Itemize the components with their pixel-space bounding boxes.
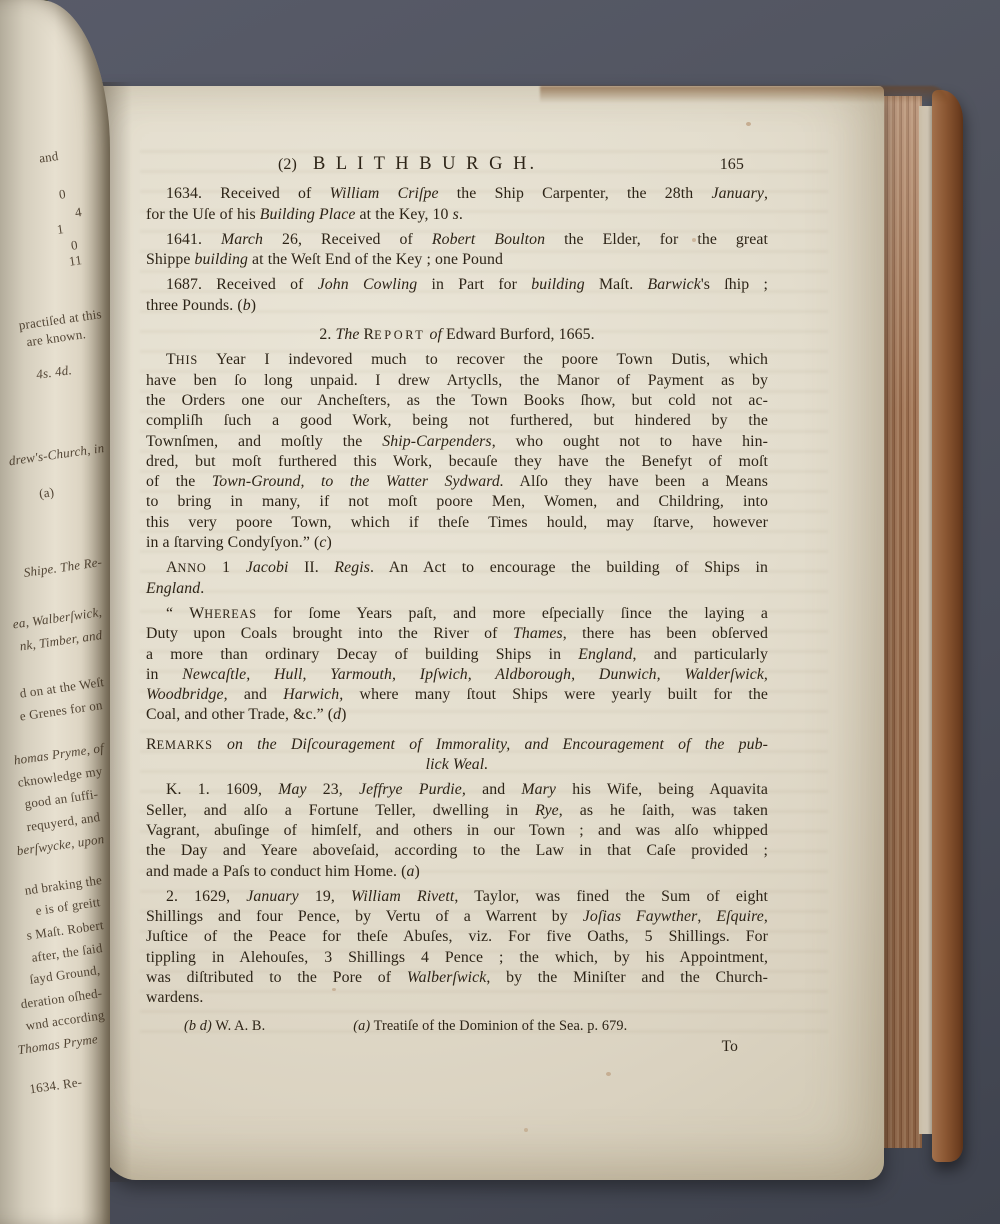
text-line: wardens. bbox=[146, 988, 768, 1008]
text-line: in Newcaſtle, Hull, Yarmouth, Ipſwich, A… bbox=[146, 665, 768, 685]
text-line: in a ſtarving Condyſyon.” (c) bbox=[146, 533, 768, 553]
entry-1641-paragraph: 1641. March 26, Received of Robert Boult… bbox=[146, 230, 768, 271]
left-page-text-fragment: drew's-Church, in bbox=[8, 440, 106, 469]
left-page-text-fragment: Shipe. The Re- bbox=[23, 554, 103, 581]
top-edge-stain bbox=[540, 86, 948, 103]
foxing-spot bbox=[524, 1128, 528, 1132]
text-line: Coal, and other Trade, &c.” (d) bbox=[146, 705, 768, 725]
text-line: 1641. March 26, Received of Robert Boult… bbox=[146, 230, 768, 250]
rivett-1629-paragraph: 2. 1629, January 19, William Rivett, Tay… bbox=[146, 887, 768, 1009]
text-line: have ben ſo long unpaid. I drew Artyclls… bbox=[146, 371, 768, 391]
anno-act-paragraph: ANNO 1 Jacobi II. Regis. An Act to encou… bbox=[146, 558, 768, 599]
text-line: the Orders one our Ancheſters, as the To… bbox=[146, 391, 768, 411]
left-page-text-fragment: 0 bbox=[58, 186, 67, 203]
left-page-text-fragment: good an ſuffi- bbox=[24, 786, 100, 812]
photo-background: (2) B L I T H B U R G H. 165 1634. Recei… bbox=[0, 0, 1000, 1224]
text-line: for the Uſe of his Building Place at the… bbox=[146, 205, 768, 225]
text-line: was diſtributed to the Pore of Walberſwi… bbox=[146, 968, 768, 988]
left-page-text-fragment: wnd according bbox=[24, 1007, 105, 1034]
text-line: the Day and Yeare aboveſaid, according t… bbox=[146, 841, 768, 861]
section-heading-report: 2. The REPORT of Edward Burford, 1665. bbox=[146, 325, 768, 345]
printed-text-block: (2) B L I T H B U R G H. 165 1634. Recei… bbox=[146, 154, 768, 1057]
left-page-text-fragment: Thomas Pryme bbox=[17, 1031, 99, 1058]
text-line: 1634. Received of William Criſpe the Shi… bbox=[146, 184, 768, 204]
left-page-text-fragment: requyerd, and bbox=[26, 809, 102, 835]
gathering-signature: (2) bbox=[278, 155, 297, 175]
text-line: K. 1. 1609, May 23, Jeffrye Purdie, and … bbox=[146, 780, 768, 800]
entry-1634-paragraph: 1634. Received of William Criſpe the Shi… bbox=[146, 184, 768, 225]
footnote-right-text: Treatiſe of the Dominion of the Sea. p. … bbox=[370, 1018, 627, 1034]
left-page-text-fragment: nk, Timber, and bbox=[19, 627, 104, 654]
text-line: Shillings and four Pence, by Vertu of a … bbox=[146, 907, 768, 927]
left-page-text-fragment: and bbox=[38, 148, 59, 167]
running-header: (2) B L I T H B U R G H. 165 bbox=[146, 154, 768, 175]
left-page-text-fragment: 1634. Re- bbox=[28, 1074, 83, 1097]
footnote-right-marker: (a) bbox=[353, 1018, 370, 1034]
left-page-text-fragment: 0 bbox=[70, 237, 79, 254]
report-paragraph: THIS Year I indevored much to recover th… bbox=[146, 350, 768, 553]
text-line: a more than ordinary Decay of building S… bbox=[146, 645, 768, 665]
text-line: Juſtice of the Peace for theſe Abuſes, v… bbox=[146, 927, 768, 947]
left-page-text-fragment: berſwycke, upon bbox=[16, 831, 106, 859]
text-line: lick Weal. bbox=[146, 755, 768, 775]
text-line: to bring in many, if not moſt poore Men,… bbox=[146, 492, 768, 512]
whereas-quotation-paragraph: “ WHEREAS for ſome Years paſt, and more … bbox=[146, 604, 768, 726]
text-line: of the Town-Ground, to the Watter Sydwar… bbox=[146, 472, 768, 492]
left-page-text-fragment: 4 bbox=[74, 204, 83, 221]
recto-book-page: (2) B L I T H B U R G H. 165 1634. Recei… bbox=[94, 86, 884, 1180]
left-page-text-fragment: s Maſt. Robert bbox=[26, 917, 105, 944]
body-text: 1634. Received of William Criſpe the Shi… bbox=[146, 184, 768, 1008]
fore-edge-outer-cover bbox=[932, 90, 963, 1162]
page-title: B L I T H B U R G H. bbox=[313, 154, 537, 174]
foxing-spot bbox=[746, 122, 751, 126]
text-line: tippling in Alehouſes, 3 Shillings 4 Pen… bbox=[146, 948, 768, 968]
entry-1687-paragraph: 1687. Received of John Cowling in Part f… bbox=[146, 275, 768, 316]
left-page-text-fragment: (a) bbox=[38, 484, 55, 502]
text-line: Duty upon Coals brought into the River o… bbox=[146, 624, 768, 644]
left-page-text-fragment: e Grenes for on bbox=[18, 697, 103, 724]
footnote-left: (b d) W. A. B. bbox=[184, 1016, 265, 1036]
text-line: THIS Year I indevored much to recover th… bbox=[146, 350, 768, 370]
text-line: and made a Paſs to conduct him Home. (a) bbox=[146, 862, 768, 882]
footnote-left-marker: (b d) bbox=[184, 1018, 212, 1034]
text-line: 2. 1629, January 19, William Rivett, Tay… bbox=[146, 887, 768, 907]
text-line: Townſmen, and moſtly the Ship-Carpenders… bbox=[146, 432, 768, 452]
text-line: England. bbox=[146, 579, 768, 599]
text-line: REMARKS on the Diſcouragement of Immoral… bbox=[146, 735, 768, 755]
footnote-row: (b d) W. A. B. (a) Treatiſe of the Domin… bbox=[146, 1016, 768, 1036]
text-line: three Pounds. (b) bbox=[146, 296, 768, 316]
text-line: dred, but moſt furthered this Work, beca… bbox=[146, 452, 768, 472]
left-page-text-fragment: 11 bbox=[68, 252, 83, 270]
verso-page-edge: and041011practiſed at thisare known.4s. … bbox=[0, 0, 110, 1224]
footnote-right: (a) Treatiſe of the Dominion of the Sea.… bbox=[353, 1016, 627, 1036]
text-line: Vagrant, abuſinge of himſelf, and others… bbox=[146, 821, 768, 841]
foxing-spot bbox=[606, 1072, 611, 1076]
footnote-left-text: W. A. B. bbox=[212, 1018, 265, 1034]
text-line: 1687. Received of John Cowling in Part f… bbox=[146, 275, 768, 295]
text-line: Seller, and alſo a Fortune Teller, dwell… bbox=[146, 801, 768, 821]
page-number: 165 bbox=[720, 155, 744, 175]
left-page-text-fragment: ſayd Ground, bbox=[29, 962, 102, 988]
text-line: ANNO 1 Jacobi II. Regis. An Act to encou… bbox=[146, 558, 768, 578]
catchword: To bbox=[146, 1037, 768, 1057]
text-line: 2. The REPORT of Edward Burford, 1665. bbox=[146, 325, 768, 345]
left-page-text-fragment: 1 bbox=[56, 221, 65, 238]
remarks-heading: REMARKS on the Diſcouragement of Immoral… bbox=[146, 735, 768, 776]
text-line: Woodbridge, and Harwich, where many ſtou… bbox=[146, 685, 768, 705]
text-line: this very poore Town, which if theſe Tim… bbox=[146, 513, 768, 533]
text-line: “ WHEREAS for ſome Years paſt, and more … bbox=[146, 604, 768, 624]
left-page-text-fragment: e is of greitt bbox=[34, 894, 101, 919]
text-line: Shippe building at the Weſt End of the K… bbox=[146, 250, 768, 270]
purdie-1609-paragraph: K. 1. 1609, May 23, Jeffrye Purdie, and … bbox=[146, 780, 768, 881]
text-line: compliſh ſuch a good Work, being not fur… bbox=[146, 411, 768, 431]
left-page-text-fragment: 4s. 4d. bbox=[36, 362, 74, 383]
